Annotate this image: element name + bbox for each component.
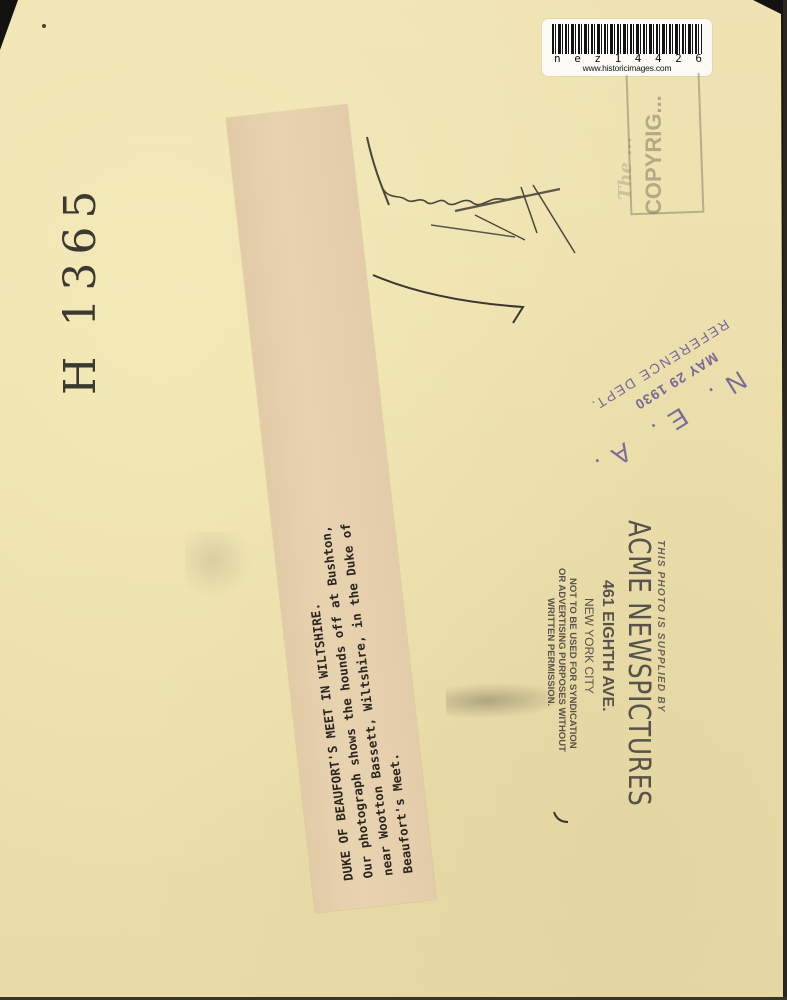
pencil-signature-icon: [355, 125, 595, 335]
acme-notice-line: OR ADVERTISING PURPOSES WITHOUT: [556, 568, 567, 752]
acme-address: 461 EIGHTH AVE.: [598, 580, 616, 712]
scan-edge-right: [783, 0, 787, 1000]
barcode-icon: [552, 24, 702, 54]
acme-city: NEW YORK CITY: [582, 598, 596, 694]
paper-stain: [185, 532, 255, 602]
copyright-stamp-line1: The ...: [615, 137, 636, 200]
ink-tick-icon: [552, 810, 570, 824]
barcode-label: n e z 1 4 4 2 6 www.historicimages.com: [542, 19, 712, 76]
paper-speck: [42, 24, 46, 28]
acme-agency-name: ACME NEWSPICTURES: [621, 520, 656, 807]
acme-notice-line: NOT TO BE USED FOR SYNDICATION: [567, 578, 578, 749]
barcode-url: www.historicimages.com: [542, 63, 712, 73]
copyright-stamp-line2: COPYRIG...: [641, 95, 667, 215]
acme-notice-line: WRITTEN PERMISSION.: [545, 598, 556, 706]
catalog-number-text: H 1365: [55, 183, 106, 395]
acme-supplied-by: THIS PHOTO IS SUPPLIED BY: [655, 540, 666, 713]
